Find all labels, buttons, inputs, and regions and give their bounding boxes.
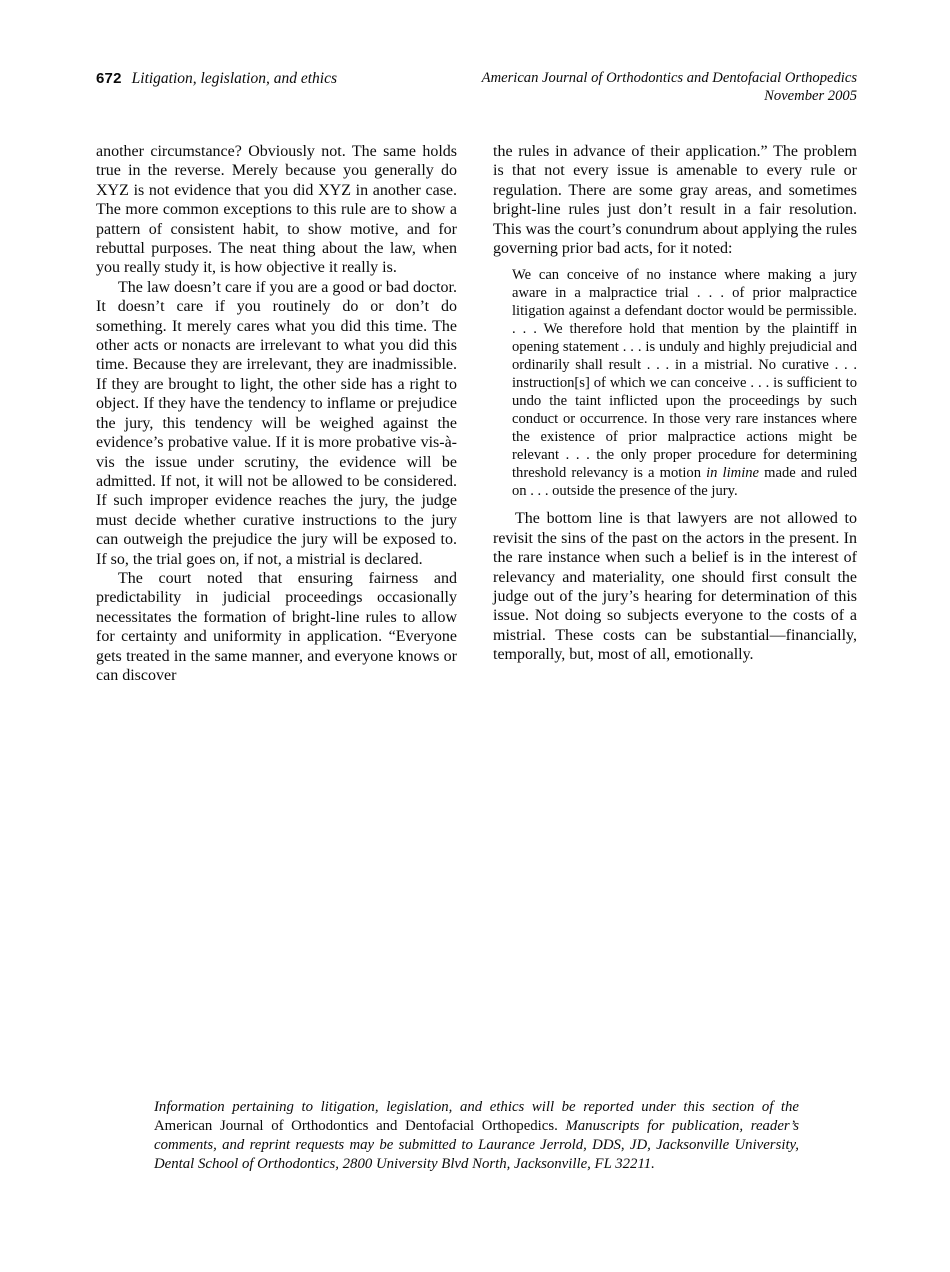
running-header-right: American Journal of Orthodontics and Den… bbox=[482, 70, 857, 105]
running-header-left: 672Litigation, legislation, and ethics bbox=[96, 70, 337, 88]
article-body: another circumstance? Obviously not. The… bbox=[96, 142, 857, 685]
footnote-journal-name: American Journal of Orthodontics and Den… bbox=[154, 1118, 558, 1134]
paragraph-continuation: another circumstance? Obviously not. The… bbox=[96, 142, 457, 278]
paragraph-continuation: the rules in advance of their applicatio… bbox=[493, 142, 857, 258]
right-column: the rules in advance of their applicatio… bbox=[493, 142, 857, 685]
journal-page: 672Litigation, legislation, and ethics A… bbox=[0, 0, 950, 1272]
paragraph: The law doesn’t care if you are a good o… bbox=[96, 278, 457, 569]
footnote-text: Information pertaining to litigation, le… bbox=[154, 1099, 799, 1115]
left-column: another circumstance? Obviously not. The… bbox=[96, 142, 457, 685]
block-quote: We can conceive of no instance where mak… bbox=[512, 266, 857, 500]
latin-phrase: in limine bbox=[706, 465, 759, 481]
page-number: 672 bbox=[96, 70, 122, 87]
paragraph: The court noted that ensuring fairness a… bbox=[96, 569, 457, 685]
issue-date: November 2005 bbox=[482, 88, 857, 106]
journal-name: American Journal of Orthodontics and Den… bbox=[482, 70, 857, 88]
paragraph: The bottom line is that lawyers are not … bbox=[493, 509, 857, 664]
running-section-title: Litigation, legislation, and ethics bbox=[132, 70, 337, 87]
quote-text: We can conceive of no instance where mak… bbox=[512, 267, 857, 481]
section-footnote: Information pertaining to litigation, le… bbox=[154, 1098, 799, 1174]
